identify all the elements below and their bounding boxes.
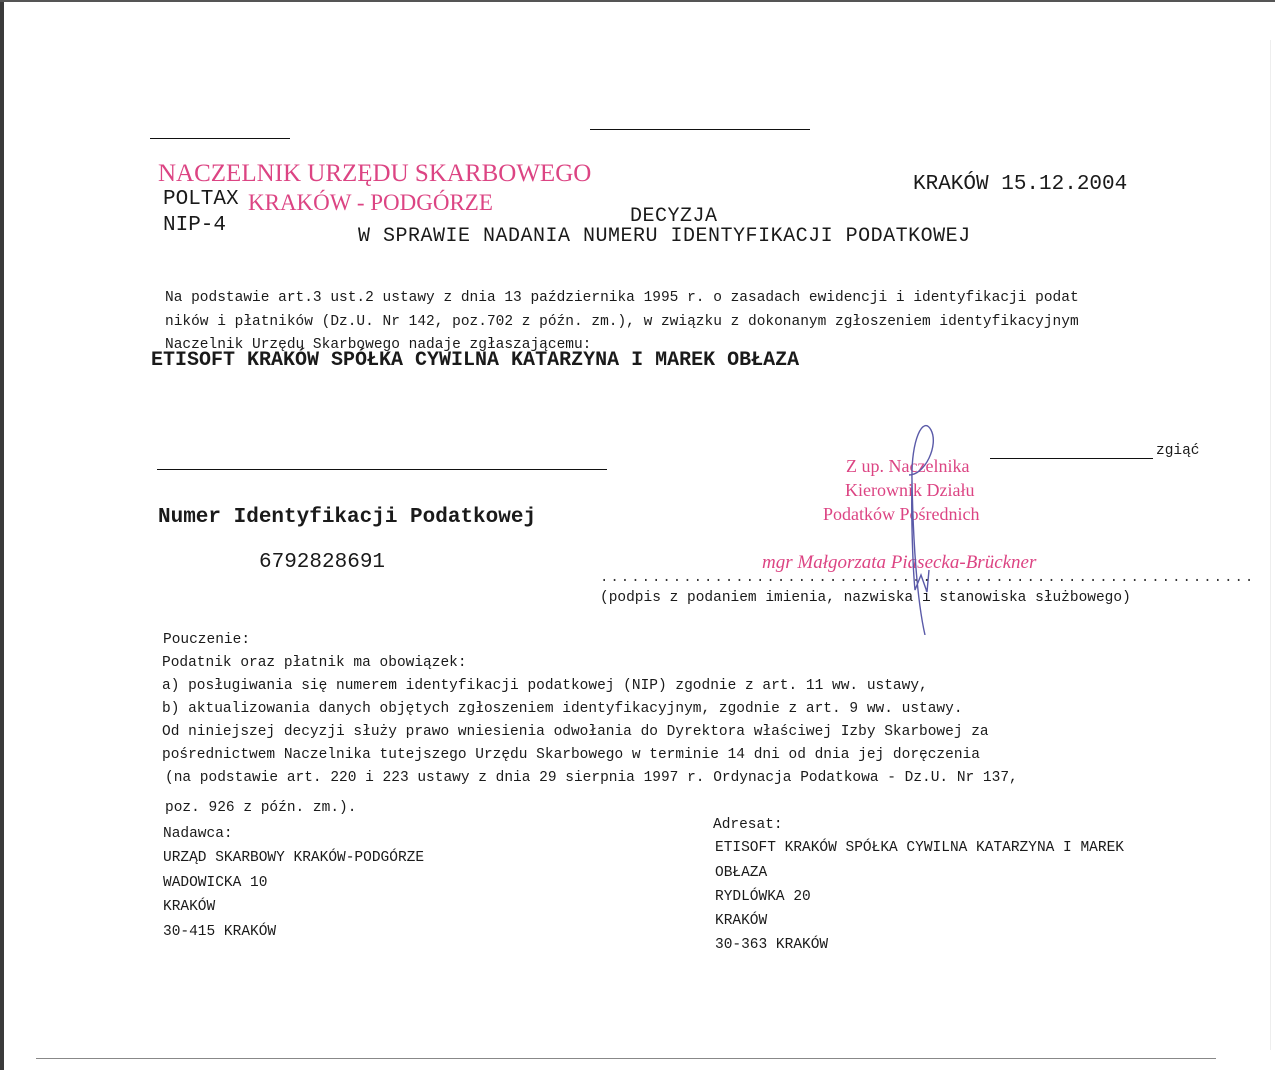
scan-edge-right [1270, 40, 1271, 1050]
fold-line [990, 458, 1153, 459]
scan-edge-left [0, 0, 4, 1070]
addressee-line: 30-363 KRAKÓW [715, 937, 828, 953]
addressee-line: ETISOFT KRAKÓW SPÓŁKA CYWILNA KATARZYNA … [715, 840, 1124, 856]
fold-label: zgiąć [1156, 443, 1200, 459]
nip-rule [157, 469, 607, 470]
document-subtitle: W SPRAWIE NADANIA NUMERU IDENTYFIKACJI P… [358, 225, 971, 248]
top-rule-left [150, 138, 290, 139]
handwritten-signature-icon [895, 420, 955, 635]
system-label: POLTAX [163, 188, 239, 211]
instruction-line: Podatnik oraz płatnik ma obowiązek: [162, 655, 467, 671]
top-rule-center [590, 129, 810, 130]
instruction-line: Od niniejszej decyzji służy prawo wniesi… [162, 724, 989, 740]
intro-line-1: Na podstawie art.3 ust.2 ustawy z dnia 1… [165, 290, 1079, 306]
instruction-line: pośrednictwem Naczelnika tutejszego Urzę… [162, 747, 980, 763]
signature-caption: (podpis z podaniem imienia, nazwiska i s… [600, 590, 1131, 606]
sender-line: 30-415 KRAKÓW [163, 924, 276, 940]
nip-value: 6792828691 [259, 551, 385, 574]
addressee-line: KRAKÓW [715, 913, 767, 929]
addressee-line: OBŁAZA [715, 865, 767, 881]
intro-line-2: ników i płatników (Dz.U. Nr 142, poz.702… [165, 314, 1079, 330]
taxpayer-name: ETISOFT KRAKÓW SPÓŁKA CYWILNA KATARZYNA … [151, 349, 799, 372]
office-stamp-line2: KRAKÓW - PODGÓRZE [248, 190, 493, 216]
scan-edge-top [0, 0, 1275, 2]
addressee-heading: Adresat: [713, 817, 783, 833]
sender-line: URZĄD SKARBOWY KRAKÓW-PODGÓRZE [163, 850, 424, 866]
place-date: KRAKÓW 15.12.2004 [913, 173, 1127, 196]
sender-line: WADOWICKA 10 [163, 875, 267, 891]
instruction-line: (na podstawie art. 220 i 223 ustawy z dn… [165, 770, 1018, 786]
instruction-line: poz. 926 z późn. zm.). [165, 800, 356, 816]
instruction-heading: Pouczenie: [163, 632, 250, 648]
scan-edge-bottom [36, 1058, 1216, 1059]
office-stamp-line1: NACZELNIK URZĘDU SKARBOWEGO [158, 160, 591, 188]
addressee-line: RYDLÓWKA 20 [715, 889, 811, 905]
instruction-line: a) posługiwania się numerem identyfikacj… [162, 678, 928, 694]
form-code: NIP-4 [163, 214, 226, 237]
sender-line: KRAKÓW [163, 899, 215, 915]
instruction-line: b) aktualizowania danych objętych zgłosz… [162, 701, 963, 717]
sender-heading: Nadawca: [163, 826, 233, 842]
nip-label: Numer Identyfikacji Podatkowej [158, 506, 536, 529]
